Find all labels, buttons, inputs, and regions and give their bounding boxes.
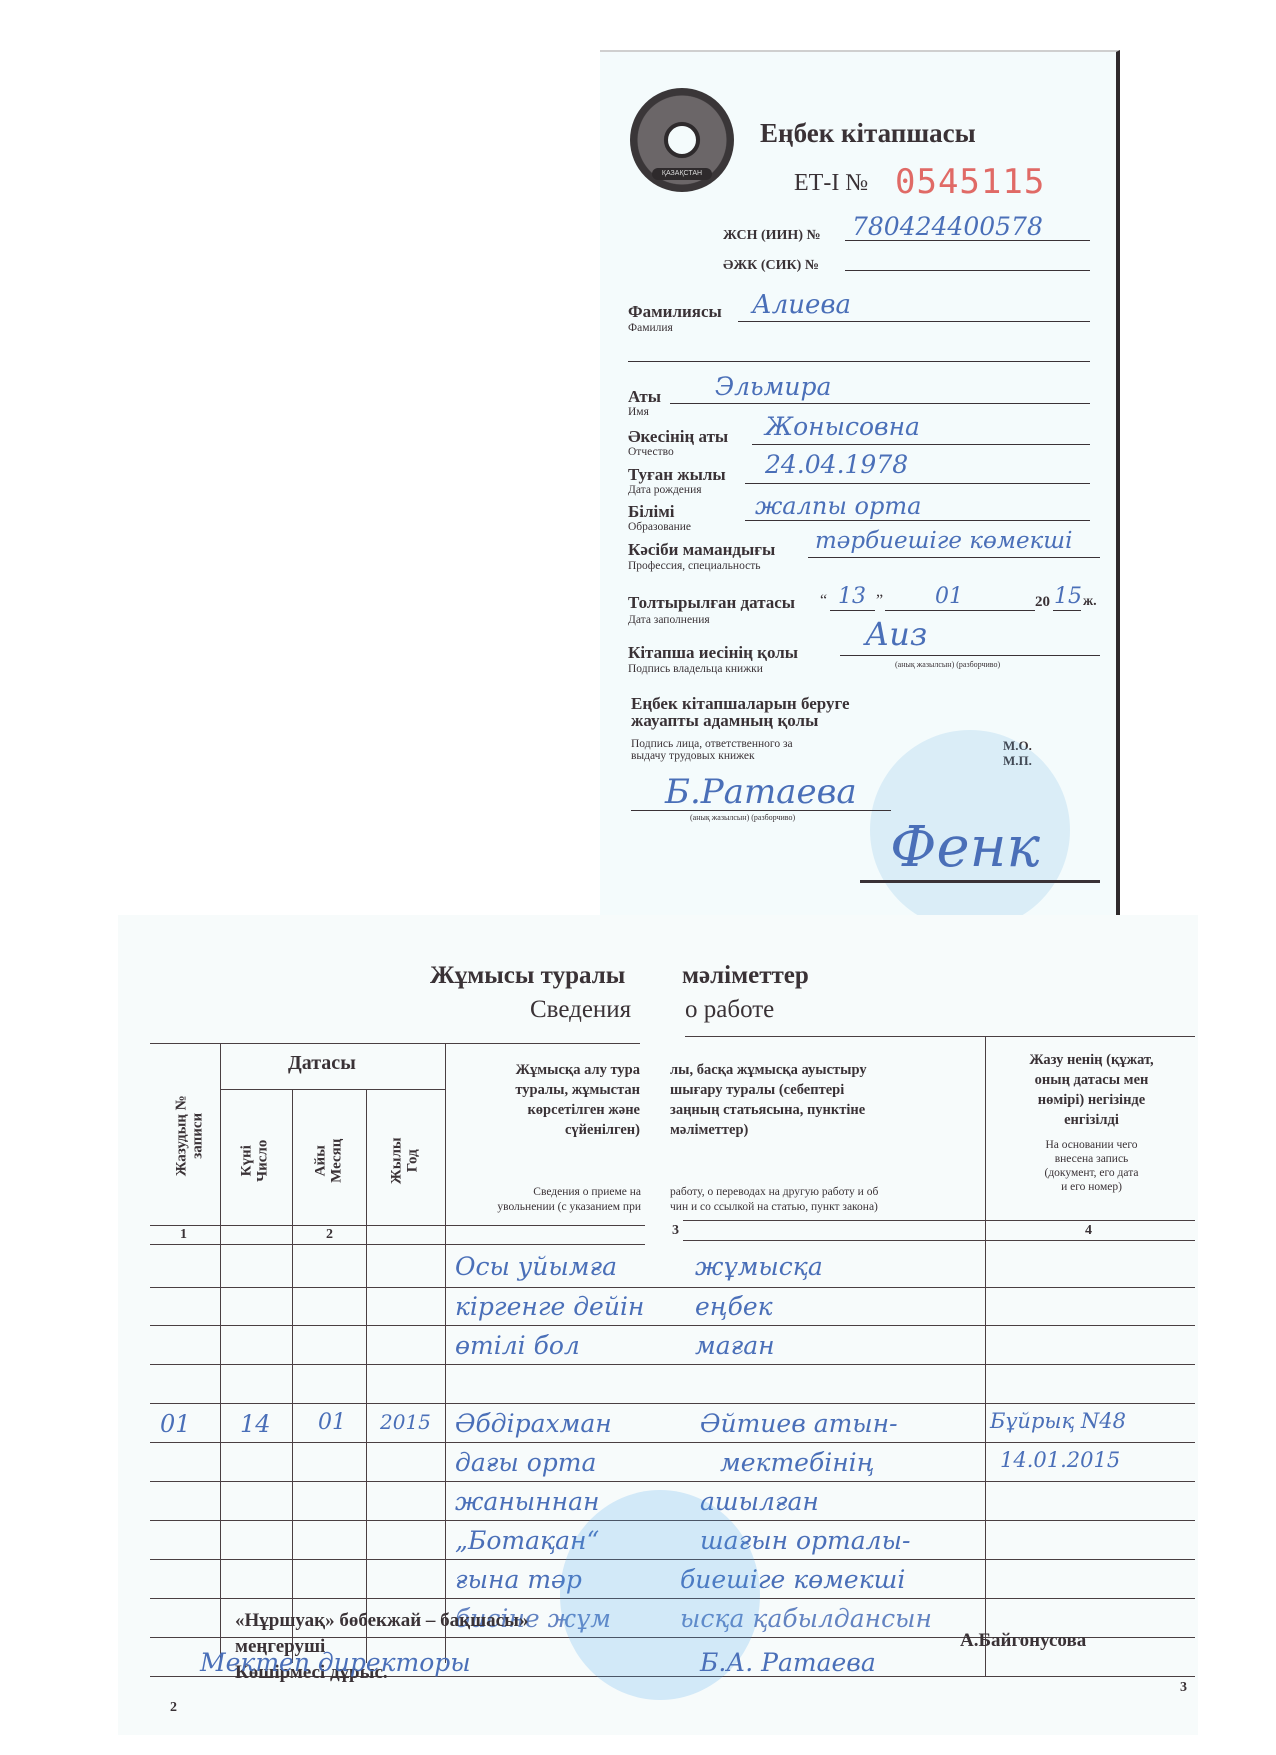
legible-note-2: (анық жазылсын) (разборчиво)	[690, 813, 795, 822]
col-number-2: 2	[326, 1227, 333, 1243]
col-month-header: АйыМесяц	[313, 1111, 345, 1211]
owner-signature-label-ru: Подпись владельца книжки	[628, 663, 763, 675]
note-line-3-left: өтілі бол	[455, 1331, 580, 1360]
col3-header-kz-right: лы, басқа жұмысқа ауыстырушығару туралы …	[670, 1060, 975, 1140]
col-number-1: 1	[180, 1227, 187, 1243]
entry-line-2-left: дағы орта	[455, 1448, 596, 1477]
director-name: А.Байгонусова	[960, 1630, 1086, 1652]
col4-header-ru: На основании чеговнесена запись(документ…	[988, 1138, 1195, 1194]
entry-line-1-right: Әйтиев атын-	[700, 1409, 898, 1438]
filled-date-label: Толтырылған датасы	[628, 593, 795, 613]
filled-day: 13	[838, 584, 866, 609]
responsible-signature-icon: Б.Ратаева	[665, 772, 857, 812]
handwritten-position: Мектеп директоры	[200, 1648, 471, 1677]
kazakhstan-emblem-icon: ҚАЗАҚСТАН	[630, 88, 734, 192]
surname-label: Фамилиясы	[628, 302, 722, 322]
patronymic-value: Жонысовна	[765, 412, 920, 441]
note-line-3-right: маған	[695, 1331, 775, 1360]
cover-title: Еңбек кітапшасы	[760, 118, 976, 149]
profession-label-ru: Профессия, специальность	[628, 560, 760, 572]
work-title-ru-left: Сведения	[530, 996, 631, 1024]
col-record-number-header: Жазудың №записи	[174, 1066, 206, 1206]
surname-label-ru: Фамилия	[628, 322, 673, 334]
note-line-1-left: Осы уйымға	[455, 1252, 617, 1281]
patronymic-label: Әкесінің аты	[628, 427, 728, 447]
owner-signature-label: Кітапша иесінің қолы	[628, 643, 798, 663]
note-line-2-left: кіргенге дейін	[455, 1292, 644, 1321]
col3-header-ru-left: Сведения о приеме наувольнении (с указан…	[445, 1185, 641, 1215]
iin-value: 780424400578	[852, 212, 1043, 241]
note-line-1-right: жұмысқа	[695, 1252, 823, 1281]
entry-line-2-right: мектебінің	[720, 1448, 874, 1477]
entry-number: 01	[160, 1410, 191, 1438]
work-title-kz-left: Жұмысы туралы	[430, 962, 625, 990]
entry-day: 14	[240, 1410, 271, 1438]
note-line-2-right: еңбек	[695, 1292, 773, 1321]
page-number-right: 3	[1180, 1680, 1187, 1696]
sik-value-line	[845, 270, 1090, 271]
surname-value: Алиева	[752, 290, 851, 320]
col3-header-kz-left: Жұмысқа алу туратуралы, жұмыстанкөрсетіл…	[455, 1060, 640, 1140]
series-label: ЕТ-I №	[794, 170, 868, 197]
filled-month: 01	[935, 584, 963, 609]
col-number-3: 3	[672, 1223, 679, 1239]
responsible-label-2: жауапты адамның қолы	[631, 712, 818, 729]
entry-line-3-left: жаныннан	[455, 1487, 599, 1516]
handwritten-signature: Б.А. Ратаева	[700, 1648, 876, 1677]
entry-month: 01	[318, 1410, 346, 1435]
work-title-kz-right: мәліметтер	[682, 962, 809, 990]
entry-line-1-left: Әбдірахман	[455, 1409, 612, 1438]
name-value: Эльмира	[715, 372, 831, 401]
iin-label: ЖСН (ИИН) №	[723, 228, 821, 244]
birth-label: Туған жылы	[628, 465, 726, 485]
entry-basis-1: Бұйрық N48	[990, 1409, 1126, 1433]
education-label-ru: Образование	[628, 521, 691, 533]
col-date-header: Датасы	[288, 1052, 356, 1075]
education-value: жалпы орта	[755, 492, 921, 520]
profession-value: тәрбиешіге көмекші	[815, 528, 1072, 554]
filled-year-suffix: 15	[1054, 584, 1082, 609]
birth-label-ru: Дата рождения	[628, 484, 702, 496]
entry-basis-2: 14.01.2015	[1000, 1448, 1120, 1472]
legible-note: (анық жазылсын) (разборчиво)	[895, 660, 1000, 669]
responsible-label-ru-1: Подпись лица, ответственного за	[631, 738, 793, 750]
entry-year: 2015	[380, 1410, 431, 1434]
owner-signature-icon: Аиз	[865, 615, 927, 653]
profession-label: Кәсіби мамандығы	[628, 540, 775, 560]
responsible-label-ru-2: выдачу трудовых книжек	[631, 750, 755, 762]
filled-year-unit: ж.	[1083, 594, 1097, 610]
education-label: Білімі	[628, 502, 675, 522]
col3-header-ru-right: работу, о переводах на другую работу и о…	[670, 1185, 985, 1215]
filled-date-label-ru: Дата заполнения	[628, 614, 710, 626]
series-number: 0545115	[895, 162, 1045, 202]
name-label-ru: Имя	[628, 406, 649, 418]
name-label: Аты	[628, 387, 661, 407]
col-day-header: КүніЧисло	[239, 1111, 271, 1211]
responsible-label-1: Еңбек кітапшаларын беруге	[631, 695, 850, 712]
filled-year-prefix: 20	[1035, 594, 1050, 611]
sik-label: ӘЖК (СИК) №	[723, 258, 819, 274]
col-number-4: 4	[1085, 1223, 1092, 1239]
work-title-ru-right: о работе	[685, 996, 774, 1024]
organization-name: «Нұршуақ» бөбекжай – бақшасы»	[235, 1610, 528, 1632]
director-signature-icon: Фенк	[890, 815, 1040, 880]
page-number-left: 2	[170, 1700, 177, 1716]
col4-header-kz: Жазу ненің (құжат,оның датасы меннөмірі)…	[988, 1050, 1195, 1130]
patronymic-label-ru: Отчество	[628, 446, 674, 458]
birth-value: 24.04.1978	[765, 450, 908, 479]
col-year-header: ЖылыГод	[389, 1111, 421, 1211]
